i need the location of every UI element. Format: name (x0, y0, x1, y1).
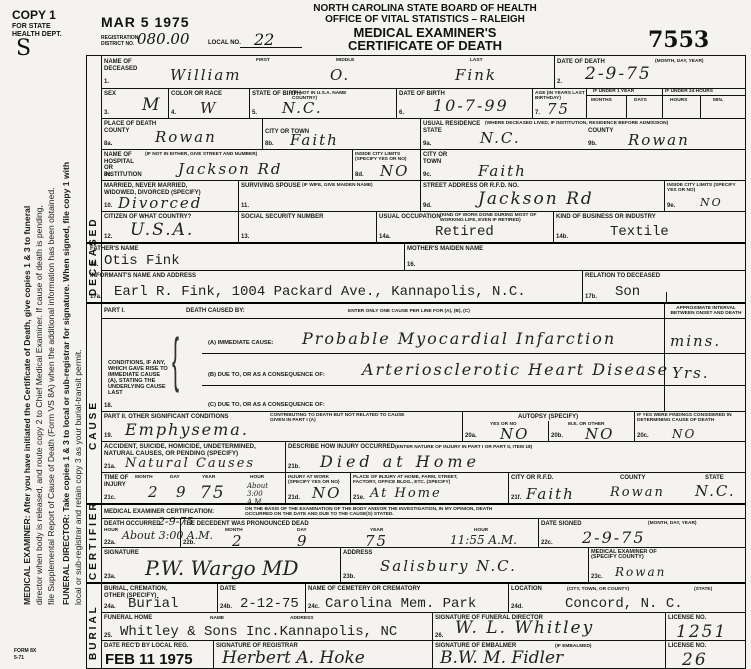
local-no-label: LOCAL NO. (208, 40, 241, 46)
me-other-value: NO (585, 425, 614, 443)
interval-label: APPROXIMATE INTERVAL BETWEEN ONSET AND D… (670, 306, 742, 316)
mother-label: MOTHER'S MAIDEN NAME (407, 246, 483, 253)
fh-name-label: NAME (210, 616, 224, 621)
autopsy-label: AUTOPSY (SPECIFY) (518, 414, 578, 421)
certificate-number: 7553 (648, 27, 709, 53)
hospital-value: Jackson Rd (178, 160, 283, 178)
place-injury-value: At Home (370, 486, 442, 501)
inj-city-value: Faith (526, 485, 575, 503)
at-work-value: NO (312, 484, 341, 502)
last-name-value: Fink (455, 66, 497, 84)
last-label: LAST (470, 58, 483, 63)
embalmer-license-value: 26 (682, 650, 708, 669)
part2-hint: CONTRIBUTING TO DEATH BUT NOT RELATED TO… (270, 413, 410, 423)
inj-month-label: MONTH (135, 475, 153, 480)
hospital-hint: (IF NOT IN EITHER, GIVE STREET AND NUMBE… (145, 152, 257, 157)
inj-hour-value: About 3:00 A.M. (247, 482, 279, 506)
cause-a-value: Probable Myocardial Infarction (302, 329, 616, 348)
me-certification-text: ON THE BASIS OF THE EXAMINATION OF THE B… (245, 507, 495, 517)
cause-c-label: (c) DUE TO, OR AS A CONSEQUENCE OF: (208, 402, 325, 409)
under-1-year-label: IF UNDER 1 YEAR (593, 89, 634, 94)
manner-value: Natural Causes (125, 456, 255, 471)
race-label: COLOR or RACE (171, 91, 222, 98)
sex-label: SEX (104, 91, 116, 98)
reg-district-label: REGISTRATION DISTRICT NO. (101, 36, 135, 47)
res-state-value: N.C. (480, 129, 521, 147)
how-hint: (ENTER NATURE OF INJURY IN PART I OR PAR… (395, 445, 532, 450)
fd-instructions-line2: local or sub-registrar and retain copy 3… (73, 349, 83, 605)
registrar-signature: Herbert A. Hoke (222, 648, 365, 668)
age-value: 75 (547, 100, 570, 118)
margin-mark: S (16, 36, 31, 61)
director-signature: W. L. Whitley (455, 618, 594, 638)
relation-label: RELATION TO DECEASED (585, 273, 660, 280)
funeral-home-value: Whitley & Sons Inc.Kannapolis, NC (120, 624, 397, 640)
min-label: MIN. (713, 98, 723, 103)
pr-hour-value: 11:55 A.M. (450, 533, 517, 547)
cause-a-label: (a) IMMEDIATE CAUSE: (208, 340, 274, 347)
res-county-label: COUNTY (588, 128, 613, 135)
inj-year-value: 75 (200, 483, 226, 503)
inj-county-value: Rowan (610, 485, 665, 500)
cause-b-label: (b) DUE TO, OR AS A CONSEQUENCE OF: (208, 372, 325, 379)
race-value: W (200, 99, 217, 117)
residence-hint: (WHERE DECEASED LIVED, IF INSTITUTION, R… (485, 121, 668, 126)
pronounced-label: THE DECEDENT WAS PRONOUNCED DEAD (183, 521, 309, 528)
section-certifier: CERTIFIER (88, 500, 99, 580)
inj-county-label: COUNTY (620, 475, 645, 482)
fd-instructions-line1: FUNERAL DIRECTOR: Take copies 1 & 3 to l… (61, 162, 71, 605)
director-license-value: 1251 (676, 622, 727, 642)
date-of-death-hint: (MONTH, DAY, YEAR) (655, 59, 704, 64)
copy-for: FOR STATE (12, 23, 51, 30)
how-value: Died at Home (320, 452, 480, 471)
inj-year-label: YEAR (202, 475, 215, 480)
received-label: DATE REC'D BY LOCAL REG. (104, 643, 188, 650)
me-instructions-line1: MEDICAL EXAMINER: After you have initiat… (22, 206, 32, 605)
received-value: FEB 11 1975 (105, 651, 193, 668)
pr-month-value: 2 (232, 532, 244, 550)
hours-label: HOURS (670, 98, 687, 103)
name-label: NAME OF DECEASED (104, 59, 144, 72)
inside-city-value: NO (380, 162, 409, 180)
inj-day-value: 9 (176, 483, 188, 501)
agency-header: NORTH CAROLINA STATE BOARD OF HEALTH OFF… (310, 3, 540, 52)
location-label: LOCATION (511, 586, 542, 593)
father-value: Otis Fink (104, 253, 180, 269)
sex-value: M (142, 95, 161, 115)
under-24-hours-label: IF UNDER 24 HOURS (665, 89, 713, 94)
inj-state-label: STATE (705, 475, 724, 482)
months-label: MONTHS (591, 98, 612, 103)
industry-label: KIND OF BUSINESS OR INDUSTRY (556, 214, 656, 221)
section-burial: BURIAL (88, 604, 99, 660)
res-inside-city-label: INSIDE CITY LIMITS (SPECIFY YES OR NO) (667, 183, 745, 193)
conditions-label: CONDITIONS, IF ANY, WHICH GAVE RISE TO I… (108, 360, 170, 396)
part1-label: PART I. (104, 308, 125, 315)
date-of-death-value: 2-9-75 (585, 64, 652, 84)
cause-b-interval: Yrs. (672, 364, 710, 382)
days-label: DAYS (634, 98, 647, 103)
part2-value: Emphysema. (125, 420, 249, 439)
date-signed-label: DATE SIGNED (541, 521, 582, 528)
me-instructions-line2: director when body is released, and rout… (34, 205, 44, 605)
street-value: Jackson Rd (478, 189, 594, 209)
marital-value: Divorced (118, 194, 202, 212)
residence-label: USUAL RESIDENCE (423, 121, 480, 128)
section-deceased: DECEASED (88, 216, 99, 296)
inj-city-label: CITY OR R.F.D. (511, 475, 554, 482)
form-number: FORM 8X (14, 648, 36, 654)
occupation-hint: (KIND OF WORK DONE DURING MOST OF WORKIN… (440, 213, 545, 223)
occurred-hour-label: HOUR (104, 528, 118, 533)
disposition-value: Burial (128, 596, 178, 612)
director-license-label: LICENSE NO. (668, 615, 706, 622)
embalmer-signature: B.W. M. Fidler (440, 648, 563, 668)
inj-hour-label: HOUR (250, 475, 264, 480)
father-label: FATHER'S NAME (90, 246, 138, 253)
funeral-home-label: FUNERAL HOME (104, 615, 152, 622)
me-of-value: Rowan (615, 565, 666, 579)
occupation-label: USUAL OCCUPATION (379, 214, 441, 221)
title-line2: CERTIFICATE OF DEATH (310, 39, 540, 52)
first-label: FIRST (256, 58, 270, 63)
brace: { (172, 330, 179, 390)
if-yes-value: NO (672, 427, 696, 441)
inj-month-value: 2 (148, 483, 160, 501)
middle-label: MIDDLE (336, 58, 354, 63)
cause-a-interval: mins. (670, 332, 721, 350)
place-county-value: Rowan (155, 128, 217, 146)
pr-day-value: 9 (297, 532, 309, 550)
agency-line1: NORTH CAROLINA STATE BOARD OF HEALTH (310, 3, 540, 14)
middle-name-value: O. (330, 66, 350, 84)
first-name-value: William (170, 66, 242, 84)
me-signature-label: SIGNATURE (104, 550, 139, 557)
burial-date-value: 2-12-75 (240, 596, 299, 612)
informant-label: INFORMANT'S NAME AND ADDRESS (90, 273, 196, 280)
form-date: 5-71 (14, 655, 24, 661)
burial-date-label: DATE (220, 586, 236, 593)
fh-address-label: ADDRESS (290, 616, 313, 621)
time-injury-label: TIME OF INJURY (104, 475, 130, 488)
occupation-value: Retired (435, 224, 494, 240)
local-no-value: 22 (254, 30, 274, 49)
res-state-label: STATE (423, 128, 442, 135)
cemetery-label: NAME OF CEMETERY OR CREMATORY (308, 586, 421, 593)
me-address-label: ADDRESS (343, 550, 372, 557)
inj-state-value: N.C. (695, 482, 736, 500)
embalmer-license-label: LICENSE NO. (668, 643, 706, 650)
res-county-value: Rowan (628, 131, 690, 149)
location-hint: (CITY, TOWN, OR COUNTY) (567, 587, 629, 592)
relation-value: Son (615, 284, 640, 300)
date-signed-hint: (MONTH, DAY, YEAR) (648, 521, 697, 526)
ssn-label: SOCIAL SECURITY NUMBER (241, 214, 323, 221)
me-instructions-line3: file Supplemental Report of Cause of Dea… (46, 187, 56, 605)
res-inside-city-value: NO (700, 196, 723, 209)
inj-day-label: DAY (170, 475, 180, 480)
enter-one-cause-label: ENTER ONLY ONE CAUSE PER LINE FOR (a), (… (348, 309, 470, 314)
occurred-hour-value: About 3:00 A.M. (122, 529, 213, 542)
informant-value: Earl R. Fink, 1004 Packard Ave., Kannapo… (114, 284, 526, 300)
spouse-label: SURVIVING SPOUSE (241, 183, 301, 190)
reg-district-value: 080.00 (137, 30, 190, 48)
birth-state-value: N.C. (282, 99, 323, 117)
res-city-label: CITY OR TOWN (423, 152, 451, 165)
occurred-label: DEATH OCCURRED (104, 521, 161, 528)
place-city-value: Faith (290, 131, 339, 149)
location-state-label: (STATE) (694, 587, 712, 592)
industry-value: Textile (610, 224, 669, 240)
cause-b-value: Arteriosclerotic Heart Disease (362, 360, 669, 379)
autopsy-yn-value: NO (500, 425, 529, 443)
place-injury-label: PLACE OF INJURY AT HOME, FARM, STREET, F… (353, 475, 473, 485)
me-signature: P.W. Wargo MD (145, 556, 299, 580)
pr-year-value: 75 (365, 532, 388, 550)
how-label: DESCRIBE HOW INJURY OCCURRED (288, 444, 395, 451)
cemetery-value: Carolina Mem. Park (325, 596, 476, 612)
date-signed-value: 2-9-75 (582, 528, 646, 547)
caused-by-label: DEATH CAUSED BY: (186, 308, 245, 315)
received-stamp-date: MAR 5 1975 (101, 14, 190, 30)
location-value: Concord, N. C. (565, 596, 683, 612)
spouse-hint: (IF WIFE, GIVE MAIDEN NAME) (302, 183, 373, 188)
citizen-value: U.S.A. (130, 220, 194, 240)
me-address-value: Salisbury N.C. (380, 557, 517, 575)
agency-line2: OFFICE OF VITAL STATISTICS – RALEIGH (310, 14, 540, 25)
if-yes-label: IF YES WERE FINDINGS CONSIDERED IN DETER… (637, 413, 745, 423)
dob-value: 10-7-99 (433, 96, 509, 115)
inside-city-label: INSIDE CITY LIMITS (SPECIFY YES OR NO) (355, 152, 417, 162)
me-of-label: MEDICAL EXAMINER OF (SPECIFY COUNTY) (591, 550, 671, 560)
copy-label: COPY 1 (12, 8, 56, 22)
res-city-value: Faith (478, 162, 527, 180)
section-cause: CAUSE (88, 400, 99, 450)
